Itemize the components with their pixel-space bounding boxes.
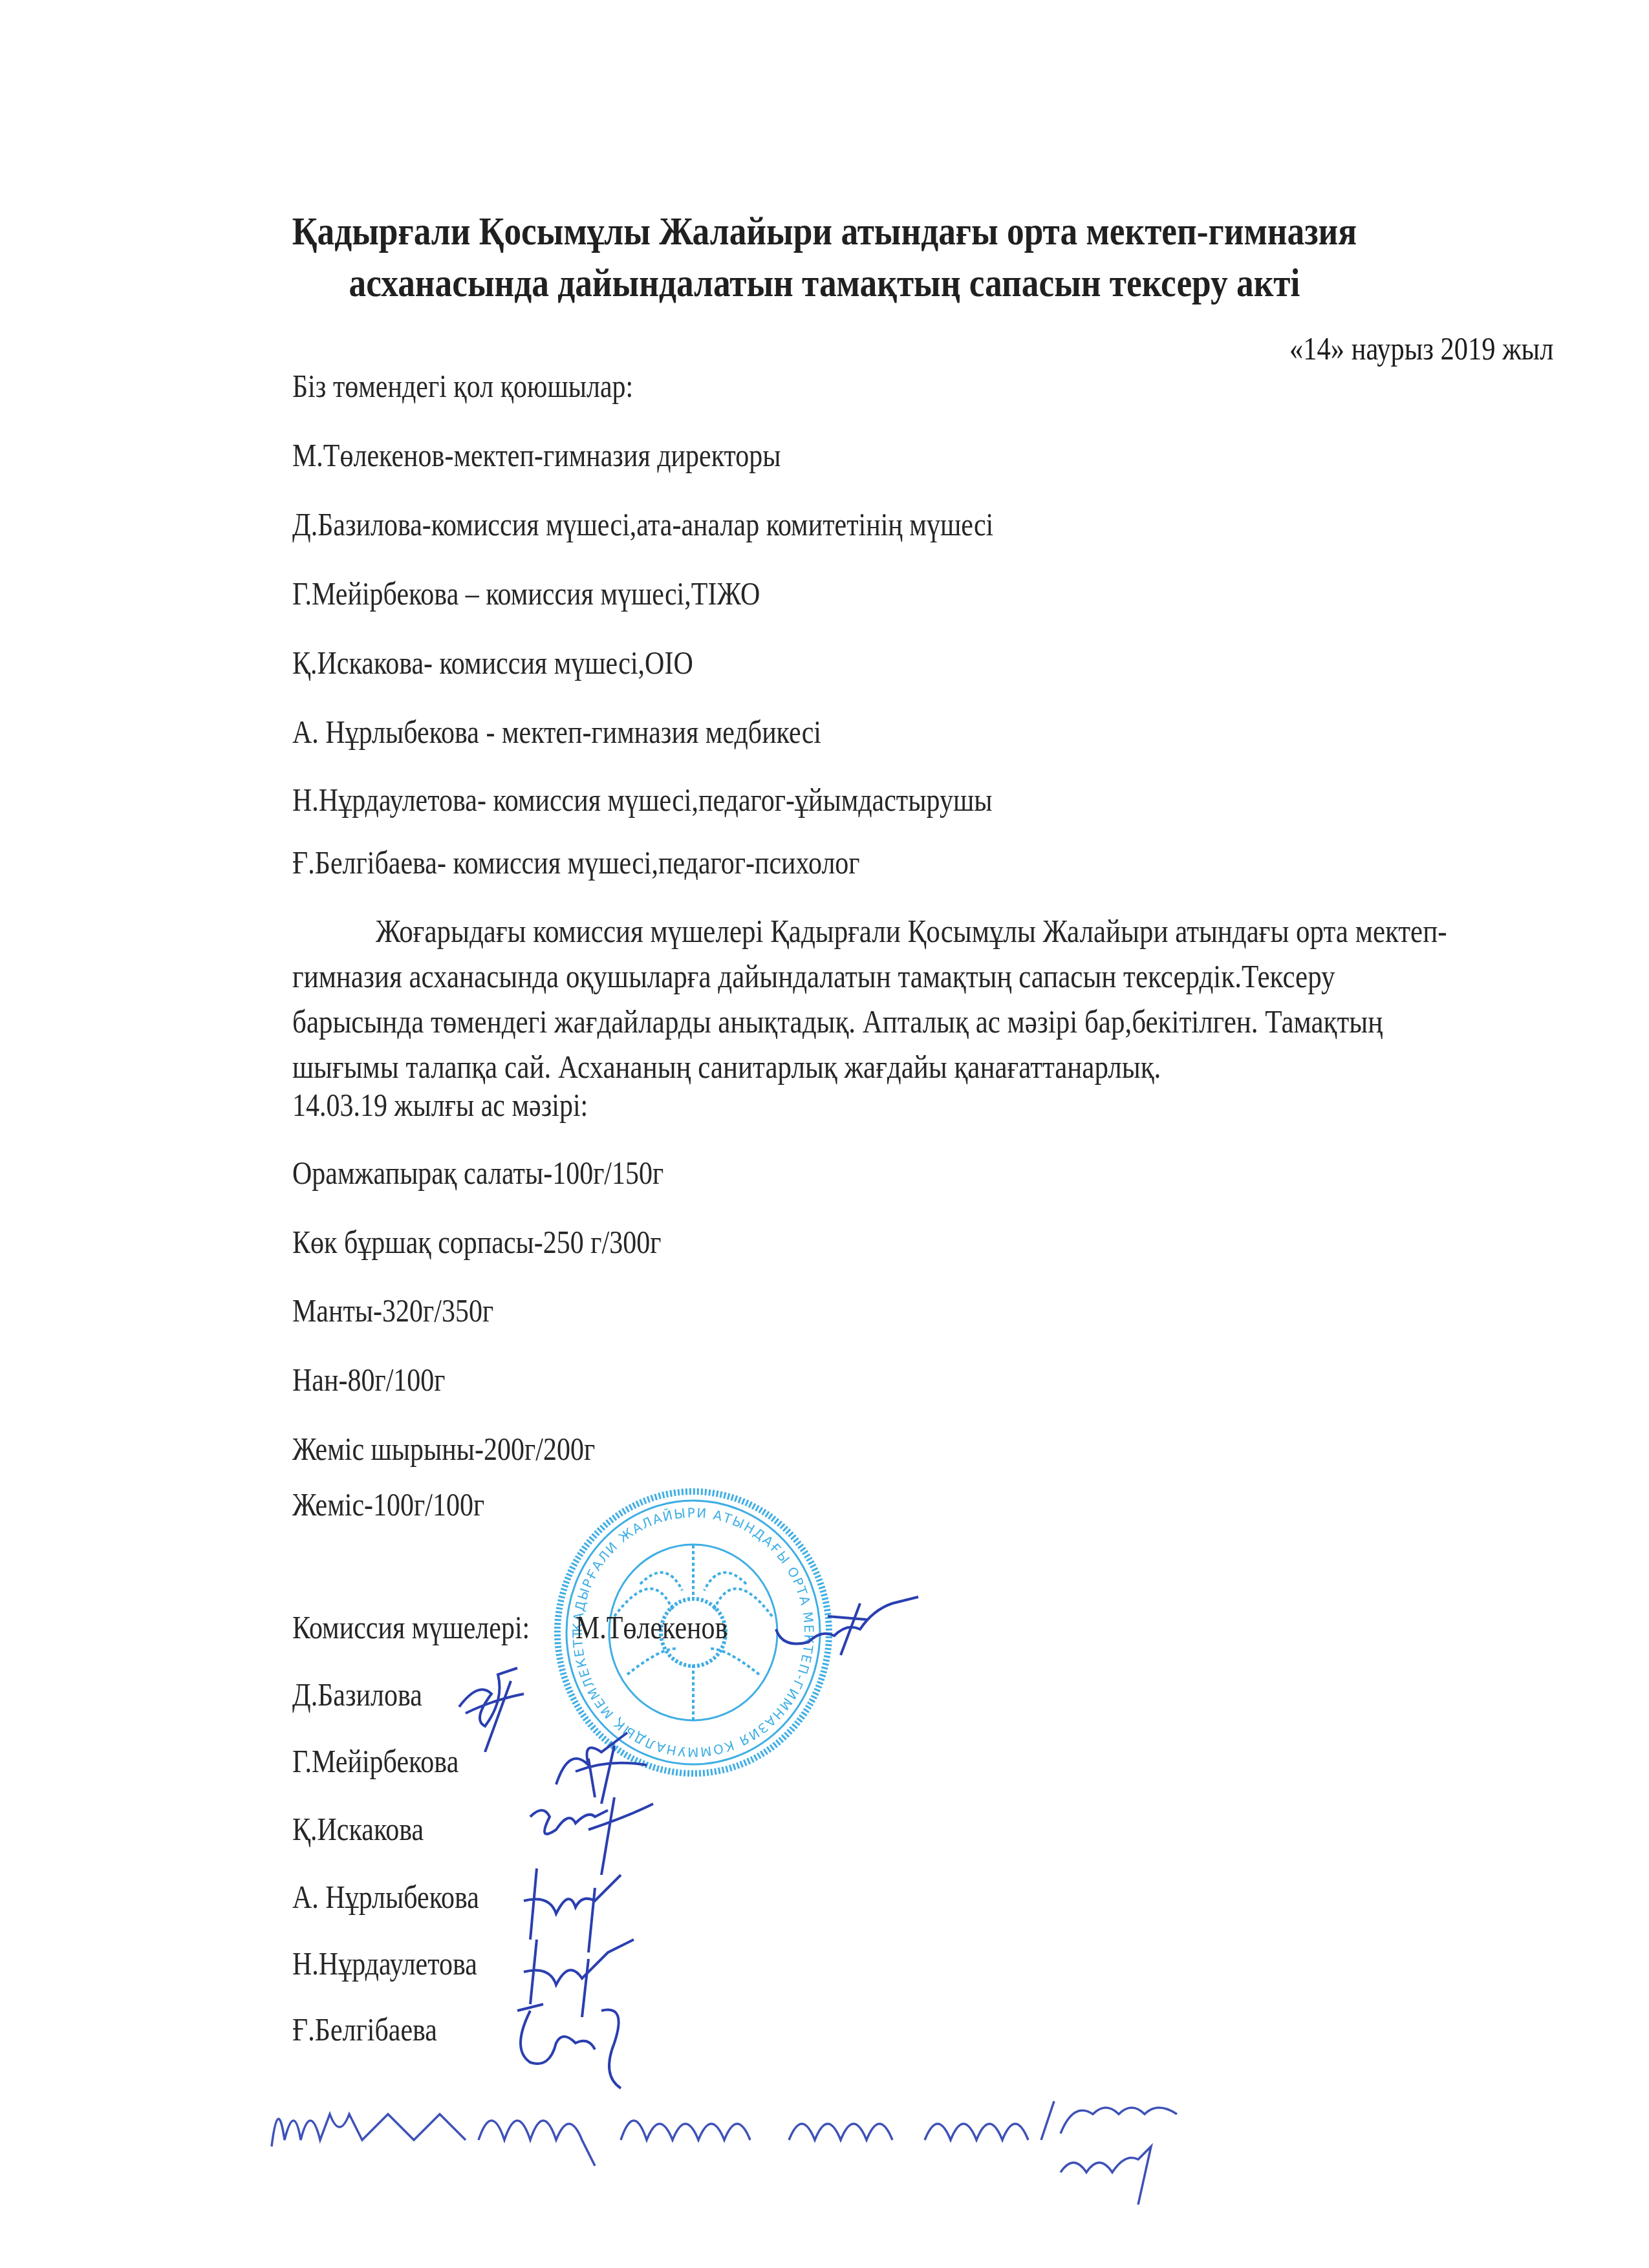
- signatory-name: Қ.Искакова: [292, 1810, 424, 1848]
- member-line: А. Нұрлыбекова - мектеп-гимназия медбике…: [292, 713, 821, 751]
- menu-item: Жеміс шырыны-200г/200г: [292, 1430, 595, 1468]
- paragraph-line: барысында төмендегі жағдайларды анықтады…: [292, 999, 1438, 1044]
- signatory-name: М.Төлекенов: [576, 1609, 727, 1646]
- member-line: Ғ.Белгібаева- комиссия мүшесі,педагог-пс…: [292, 844, 860, 881]
- member-line: Қ.Искакова- комиссия мүшесі,ОІО: [292, 644, 693, 681]
- signatures-label: Комиссия мүшелері:: [292, 1609, 530, 1646]
- handwritten-note-icon: [259, 2075, 1487, 2205]
- document-title-line-2: асханасында дайындалатын тамақтың сапасы…: [116, 257, 1534, 309]
- menu-item: Жеміс-100г/100г: [292, 1486, 484, 1523]
- signature-bazilova-icon: [453, 1655, 530, 1752]
- signatory-name: Д.Базилова: [292, 1676, 422, 1713]
- findings-paragraph: Жоғарыдағы комиссия мүшелері Қадырғали Қ…: [292, 908, 1438, 1089]
- paragraph-line: гимназия асханасында оқушыларға дайындал…: [292, 954, 1438, 999]
- member-line: Н.Нұрдаулетова- комиссия мүшесі,педагог-…: [292, 781, 992, 818]
- member-line: Г.Мейірбекова – комиссия мүшесі,ТІЖО: [292, 575, 760, 612]
- signatory-name: Н.Нұрдаулетова: [292, 1945, 477, 1982]
- menu-item: Орамжапырақ салаты-100г/150г: [292, 1154, 663, 1192]
- paragraph-line: шығымы талапқа сай. Асхананың санитарлық…: [292, 1044, 1438, 1089]
- menu-item: Манты-320г/350г: [292, 1292, 493, 1329]
- intro-text: Біз төмендегі қол қоюшылар:: [292, 367, 633, 405]
- signatory-name: А. Нұрлыбекова: [292, 1878, 479, 1916]
- menu-item: Көк бұршақ сорпасы-250 г/300г: [292, 1223, 661, 1261]
- signature-tolekenov-icon: [763, 1590, 925, 1662]
- document-page: Қадырғали Қосымұлы Жалайыри атындағы орт…: [0, 0, 1649, 2268]
- menu-heading: 14.03.19 жылғы ас мәзірі:: [292, 1086, 588, 1124]
- menu-item: Нан-80г/100г: [292, 1361, 446, 1398]
- document-title-line-1: Қадырғали Қосымұлы Жалайыри атындағы орт…: [116, 206, 1534, 257]
- paragraph-line: Жоғарыдағы комиссия мүшелері Қадырғали Қ…: [292, 908, 1438, 954]
- member-line: М.Төлекенов-мектеп-гимназия директоры: [292, 436, 781, 474]
- signatory-name: Ғ.Белгібаева: [292, 2011, 437, 2048]
- member-line: Д.Базилова-комиссия мүшесі,ата-аналар ко…: [292, 506, 993, 543]
- document-date: «14» наурыз 2019 жыл: [1289, 330, 1553, 367]
- signatory-name: Г.Мейірбекова: [292, 1742, 458, 1780]
